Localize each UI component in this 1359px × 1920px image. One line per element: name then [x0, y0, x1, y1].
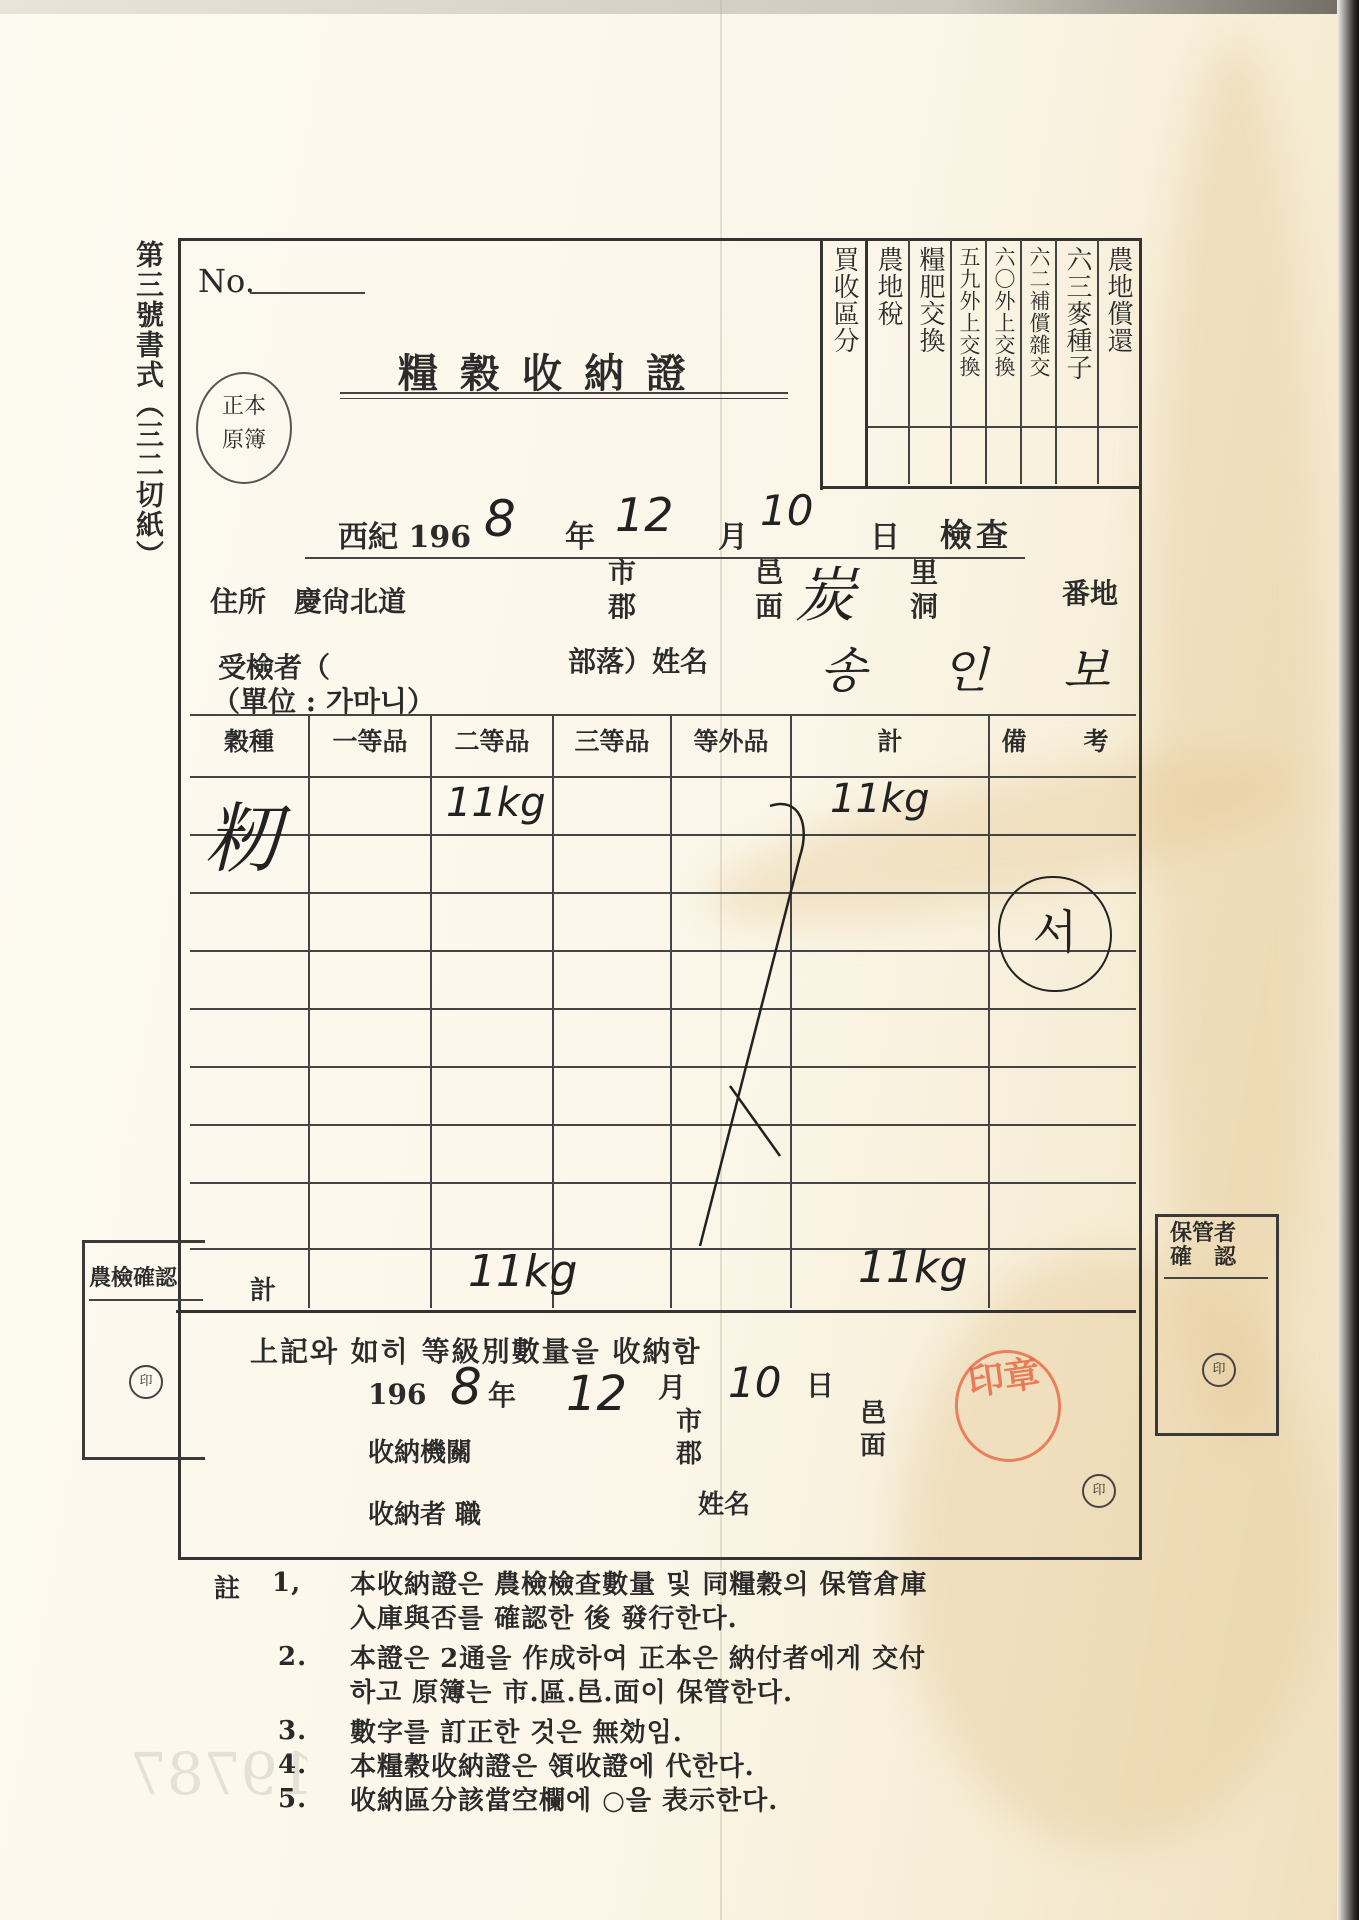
date-year-label: 年 — [565, 512, 595, 556]
note-text: 數字를 訂正한 것은 無効임. — [350, 1712, 683, 1749]
note-text: 本糧穀收納證은 領收證에 代한다. — [350, 1746, 755, 1783]
inspection-label: 檢查 — [940, 510, 1012, 556]
receipt-day-handwritten[interactable]: 10 — [728, 1358, 781, 1407]
address-ri-dong: 里洞 — [910, 556, 938, 624]
table-bottom-border — [176, 1310, 1136, 1313]
document-title: 糧穀收納證 — [398, 342, 708, 399]
note-number: 1, — [272, 1568, 301, 1598]
receipt-month-label: 月 — [658, 1366, 686, 1406]
collection-category-block: 買收區分 農地稅 糧肥交換 五九外上交換 六〇外上交換 六二補償雜交 六三麥種子… — [820, 240, 1139, 490]
receipt-number-field[interactable] — [250, 292, 365, 294]
address-label: 住所 — [210, 580, 266, 620]
col-header-grade-3: 三等品 — [554, 716, 670, 764]
receipt-month-handwritten[interactable]: 12 — [566, 1366, 627, 1422]
note-number: 5. — [278, 1784, 307, 1814]
note-text: 入庫與否를 確認한 後 發行한다. — [350, 1598, 738, 1635]
category-check-cell[interactable] — [1057, 428, 1099, 484]
collecting-agency-label: 收納機關 — [368, 1432, 472, 1469]
date-era-label: 西紀 196 — [338, 512, 471, 556]
agency-si-gun: 市郡 — [676, 1406, 702, 1470]
notes-label: 註 — [214, 1568, 241, 1605]
agri-inspection-confirm-label: 農檢確認 — [89, 1261, 177, 1292]
cell-grain-type[interactable]: 籾 — [204, 778, 280, 887]
custodian-confirm-box: 保管者 確 認 印 — [1155, 1214, 1279, 1436]
total-row-label: 計 — [250, 1270, 276, 1307]
receipt-year-prefix: 196 — [368, 1378, 426, 1411]
col-header-total: 計 — [792, 716, 988, 764]
agency-eup-myeon: 邑面 — [860, 1398, 886, 1462]
cell-grade-2[interactable]: 11kg — [446, 780, 545, 826]
category-check-cell[interactable] — [1099, 428, 1137, 484]
title-underline — [340, 392, 788, 394]
village-name-label: 部落）姓名 — [568, 640, 708, 680]
receipt-number-label: No. — [198, 262, 255, 300]
note-number: 4. — [278, 1750, 307, 1780]
col-header-off-grade: 等外品 — [672, 716, 790, 764]
seal-mark-icon: 印 — [1202, 1353, 1236, 1387]
address-myeon-handwritten[interactable]: 炭 — [795, 548, 855, 634]
note-text: 收納區分該當空欄에 ○을 表示한다. — [350, 1780, 778, 1817]
category-59-exchange: 五九外上交換 — [952, 240, 987, 426]
category-grain-fertilizer-exchange: 糧肥交換 — [910, 240, 952, 426]
note-text: 하고 原簿는 市.區.邑.面이 保管한다. — [350, 1672, 793, 1709]
date-year-handwritten[interactable]: 8 — [484, 490, 516, 548]
category-60-exchange: 六〇外上交換 — [987, 240, 1022, 426]
receipt-day-label: 日 — [806, 1364, 834, 1404]
collector-title-label: 收納者 職 — [368, 1494, 481, 1531]
address-si-gun: 市郡 — [608, 556, 636, 624]
col-divider — [430, 716, 432, 1308]
category-check-cell[interactable] — [1022, 428, 1057, 484]
date-month-handwritten[interactable]: 12 — [615, 488, 674, 542]
grain-table: 穀種 一等品 二等品 三等品 等外品 計 備 考 籾 11kg 11kg 서 計… — [190, 716, 1136, 1316]
copy-type-stamp: 正本 原簿 — [196, 372, 292, 484]
col-header-grain-type: 穀種 — [190, 716, 308, 764]
box-divider — [89, 1299, 203, 1301]
address-province: 慶尙北道 — [294, 580, 406, 620]
category-check-cell[interactable] — [910, 428, 952, 484]
agri-inspection-confirm-box: 農檢確認 印 — [82, 1240, 205, 1460]
copy-original-label: 正本 — [198, 390, 290, 424]
title-underline — [340, 398, 788, 399]
category-bottom-border — [820, 486, 1139, 489]
receipt-year-handwritten[interactable]: 8 — [450, 1358, 482, 1416]
col-divider — [308, 716, 310, 1308]
category-check-cell[interactable] — [987, 428, 1022, 484]
total-grade-2[interactable]: 11kg — [468, 1246, 577, 1297]
collection-category-header: 買收區分 — [823, 240, 868, 486]
category-62-compensation: 六二補償雜交 — [1022, 240, 1057, 426]
remarks-circled-mark[interactable]: 서 — [998, 876, 1112, 992]
form-code: 第三號書式（三二切紙） — [128, 240, 168, 570]
inspectee-name-handwritten[interactable]: 송 인 보 — [820, 632, 1140, 701]
date-day-label: 日 — [870, 512, 900, 556]
col-divider — [552, 716, 554, 1308]
date-day-handwritten[interactable]: 10 — [760, 486, 813, 535]
category-farmland-repayment: 農地償還 — [1099, 240, 1137, 426]
row-divider — [190, 776, 1136, 778]
category-63-wheat-seed: 六三麥種子 — [1057, 240, 1099, 426]
box-divider — [1164, 1277, 1268, 1279]
category-check-cell[interactable] — [952, 428, 987, 484]
note-text: 本收納證은 農檢檢查數量 및 同糧穀의 保管倉庫 — [350, 1564, 928, 1601]
col-divider — [988, 716, 990, 1308]
col-header-grade-1: 一等品 — [310, 716, 430, 764]
col-header-grade-2: 二等品 — [432, 716, 552, 764]
note-text: 本證은 2通을 作成하여 正本은 納付者에게 交付 — [350, 1638, 926, 1675]
total-sum[interactable]: 11kg — [858, 1242, 967, 1293]
category-farmland-tax: 農地稅 — [868, 240, 910, 426]
scanner-right-edge — [1337, 0, 1359, 1920]
collector-seal-mark-icon: 印 — [1082, 1474, 1116, 1508]
custodian-confirm-label: 保管者 確 認 — [1170, 1221, 1236, 1269]
date-month-label: 月 — [718, 512, 748, 556]
note-number: 3. — [278, 1716, 307, 1746]
copy-ledger-label: 原簿 — [198, 424, 290, 458]
receipt-year-label: 年 — [488, 1374, 516, 1414]
address-lot-label: 番地 — [1062, 572, 1118, 612]
void-strike-mark — [630, 796, 850, 1256]
note-number: 2. — [278, 1642, 307, 1672]
seal-mark-icon: 印 — [129, 1365, 163, 1399]
collector-name-label: 姓名 — [698, 1484, 750, 1521]
category-check-cell[interactable] — [868, 428, 910, 484]
address-eup-myeon: 邑面 — [755, 556, 783, 624]
col-header-remarks: 備 考 — [990, 716, 1136, 764]
